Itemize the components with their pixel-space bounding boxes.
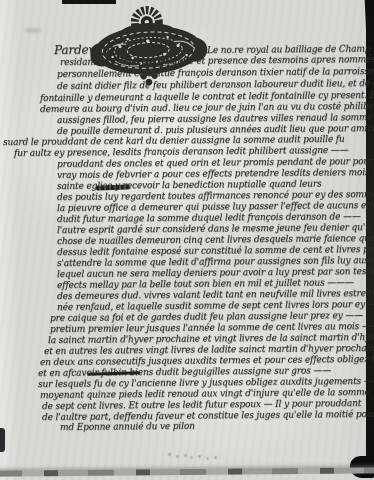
manuscript-lines: PardevantLe no.re royal au bailliage de … xyxy=(0,0,374,480)
manuscript-line: md Eponne annuié du ve pilon xyxy=(60,423,195,434)
manuscript-line: Pardevant xyxy=(54,43,114,57)
manuscript-page: PardevantLe no.re royal au bailliage de … xyxy=(0,0,374,480)
